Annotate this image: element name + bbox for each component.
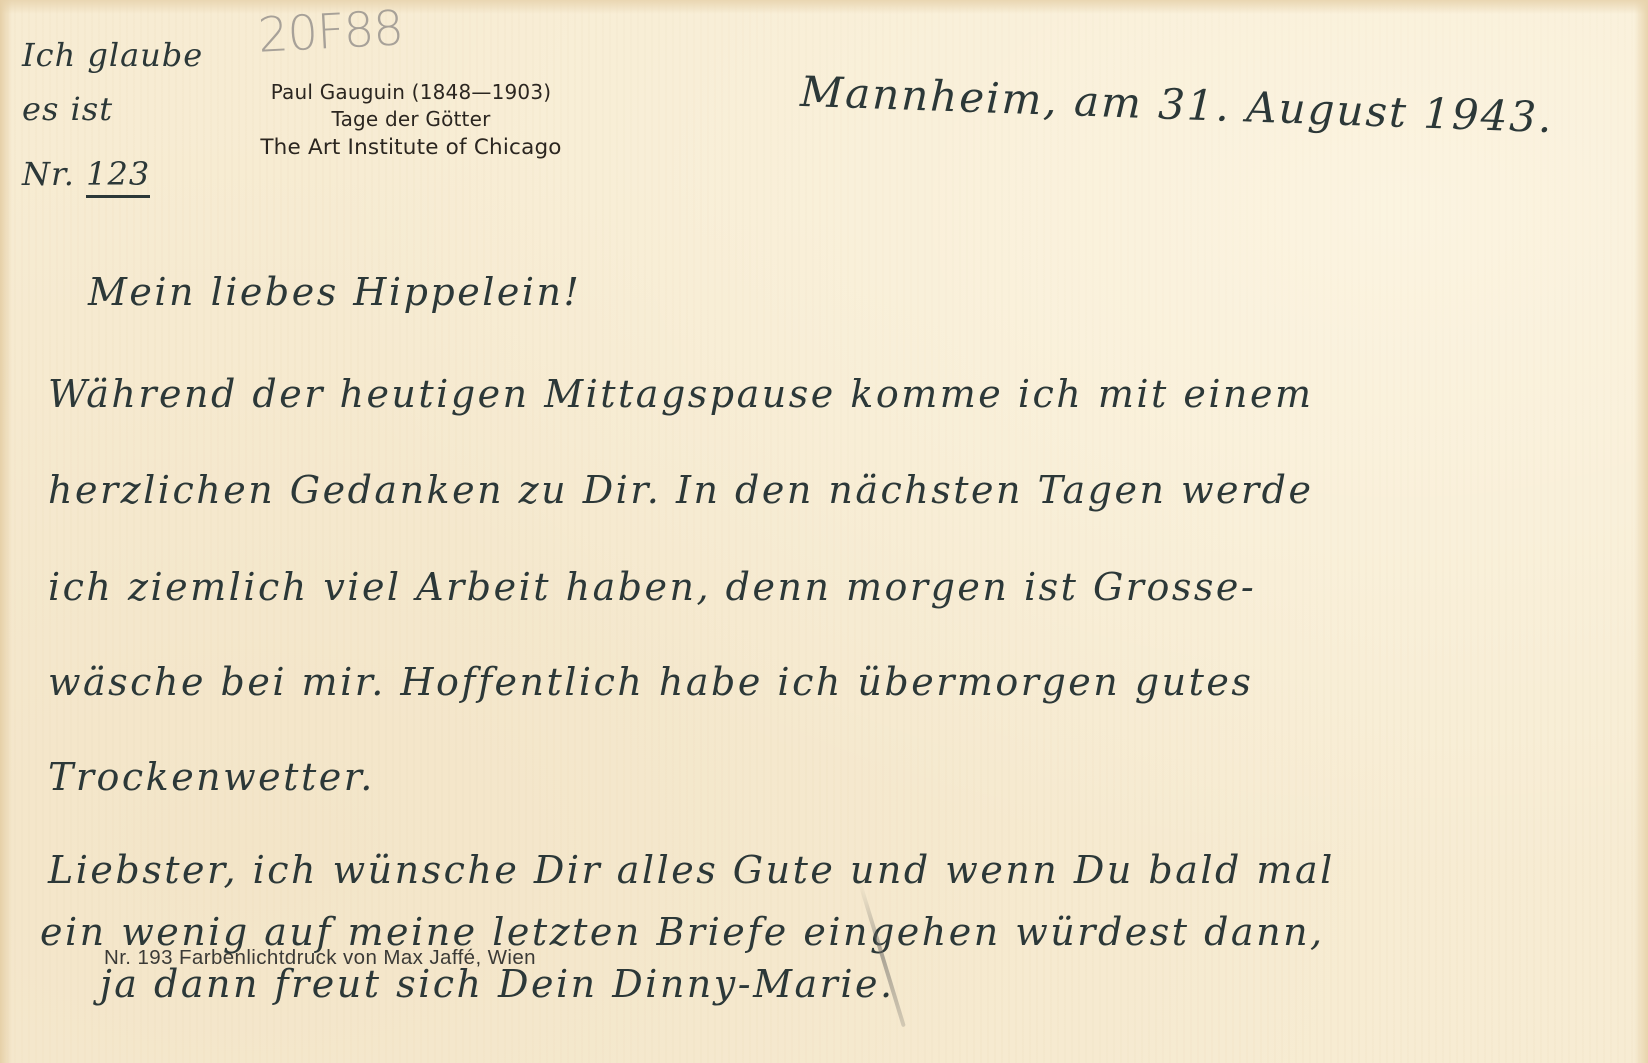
margin-note-number-prefix: Nr. (22, 155, 75, 193)
margin-note-number: 123 (86, 155, 150, 198)
letter-line: Liebster, ich wünsche Dir alles Gute und… (48, 848, 1335, 892)
margin-note-line-2: es ist (22, 90, 113, 128)
letter-line: Während der heutigen Mittagspause komme … (48, 372, 1314, 416)
caption-title: Tage der Götter (226, 106, 596, 133)
caption-collection: The Art Institute of Chicago (226, 133, 596, 163)
caption-artist: Paul Gauguin (1848—1903) (226, 79, 596, 106)
letter-line: ich ziemlich viel Arbeit haben, denn mor… (48, 565, 1256, 609)
letter-line: herzlichen Gedanken zu Dir. In den nächs… (48, 468, 1314, 512)
paper-edge-left (0, 0, 12, 1063)
pencil-reference-number: 20F88 (257, 0, 404, 63)
printed-caption: Paul Gauguin (1848—1903) Tage der Götter… (226, 79, 596, 163)
letter-dateline: Mannheim, am 31. August 1943. (799, 67, 1554, 142)
letter-line: wäsche bei mir. Hoffentlich habe ich übe… (48, 660, 1253, 704)
postcard-back: 20F88 Ich glaube es ist Nr. 123 Paul Gau… (0, 0, 1648, 1063)
margin-note-line-3: Nr. 123 (22, 155, 150, 193)
printer-imprint: Nr. 193 Farbenlichtdruck von Max Jaffé, … (104, 946, 536, 970)
letter-salutation: Mein liebes Hippelein! (88, 270, 581, 314)
margin-note-line-1: Ich glaube (22, 36, 203, 74)
letter-line: Trockenwetter. (48, 755, 375, 799)
paper-edge-right (1634, 0, 1648, 1063)
paper-edge-top (0, 0, 1648, 14)
